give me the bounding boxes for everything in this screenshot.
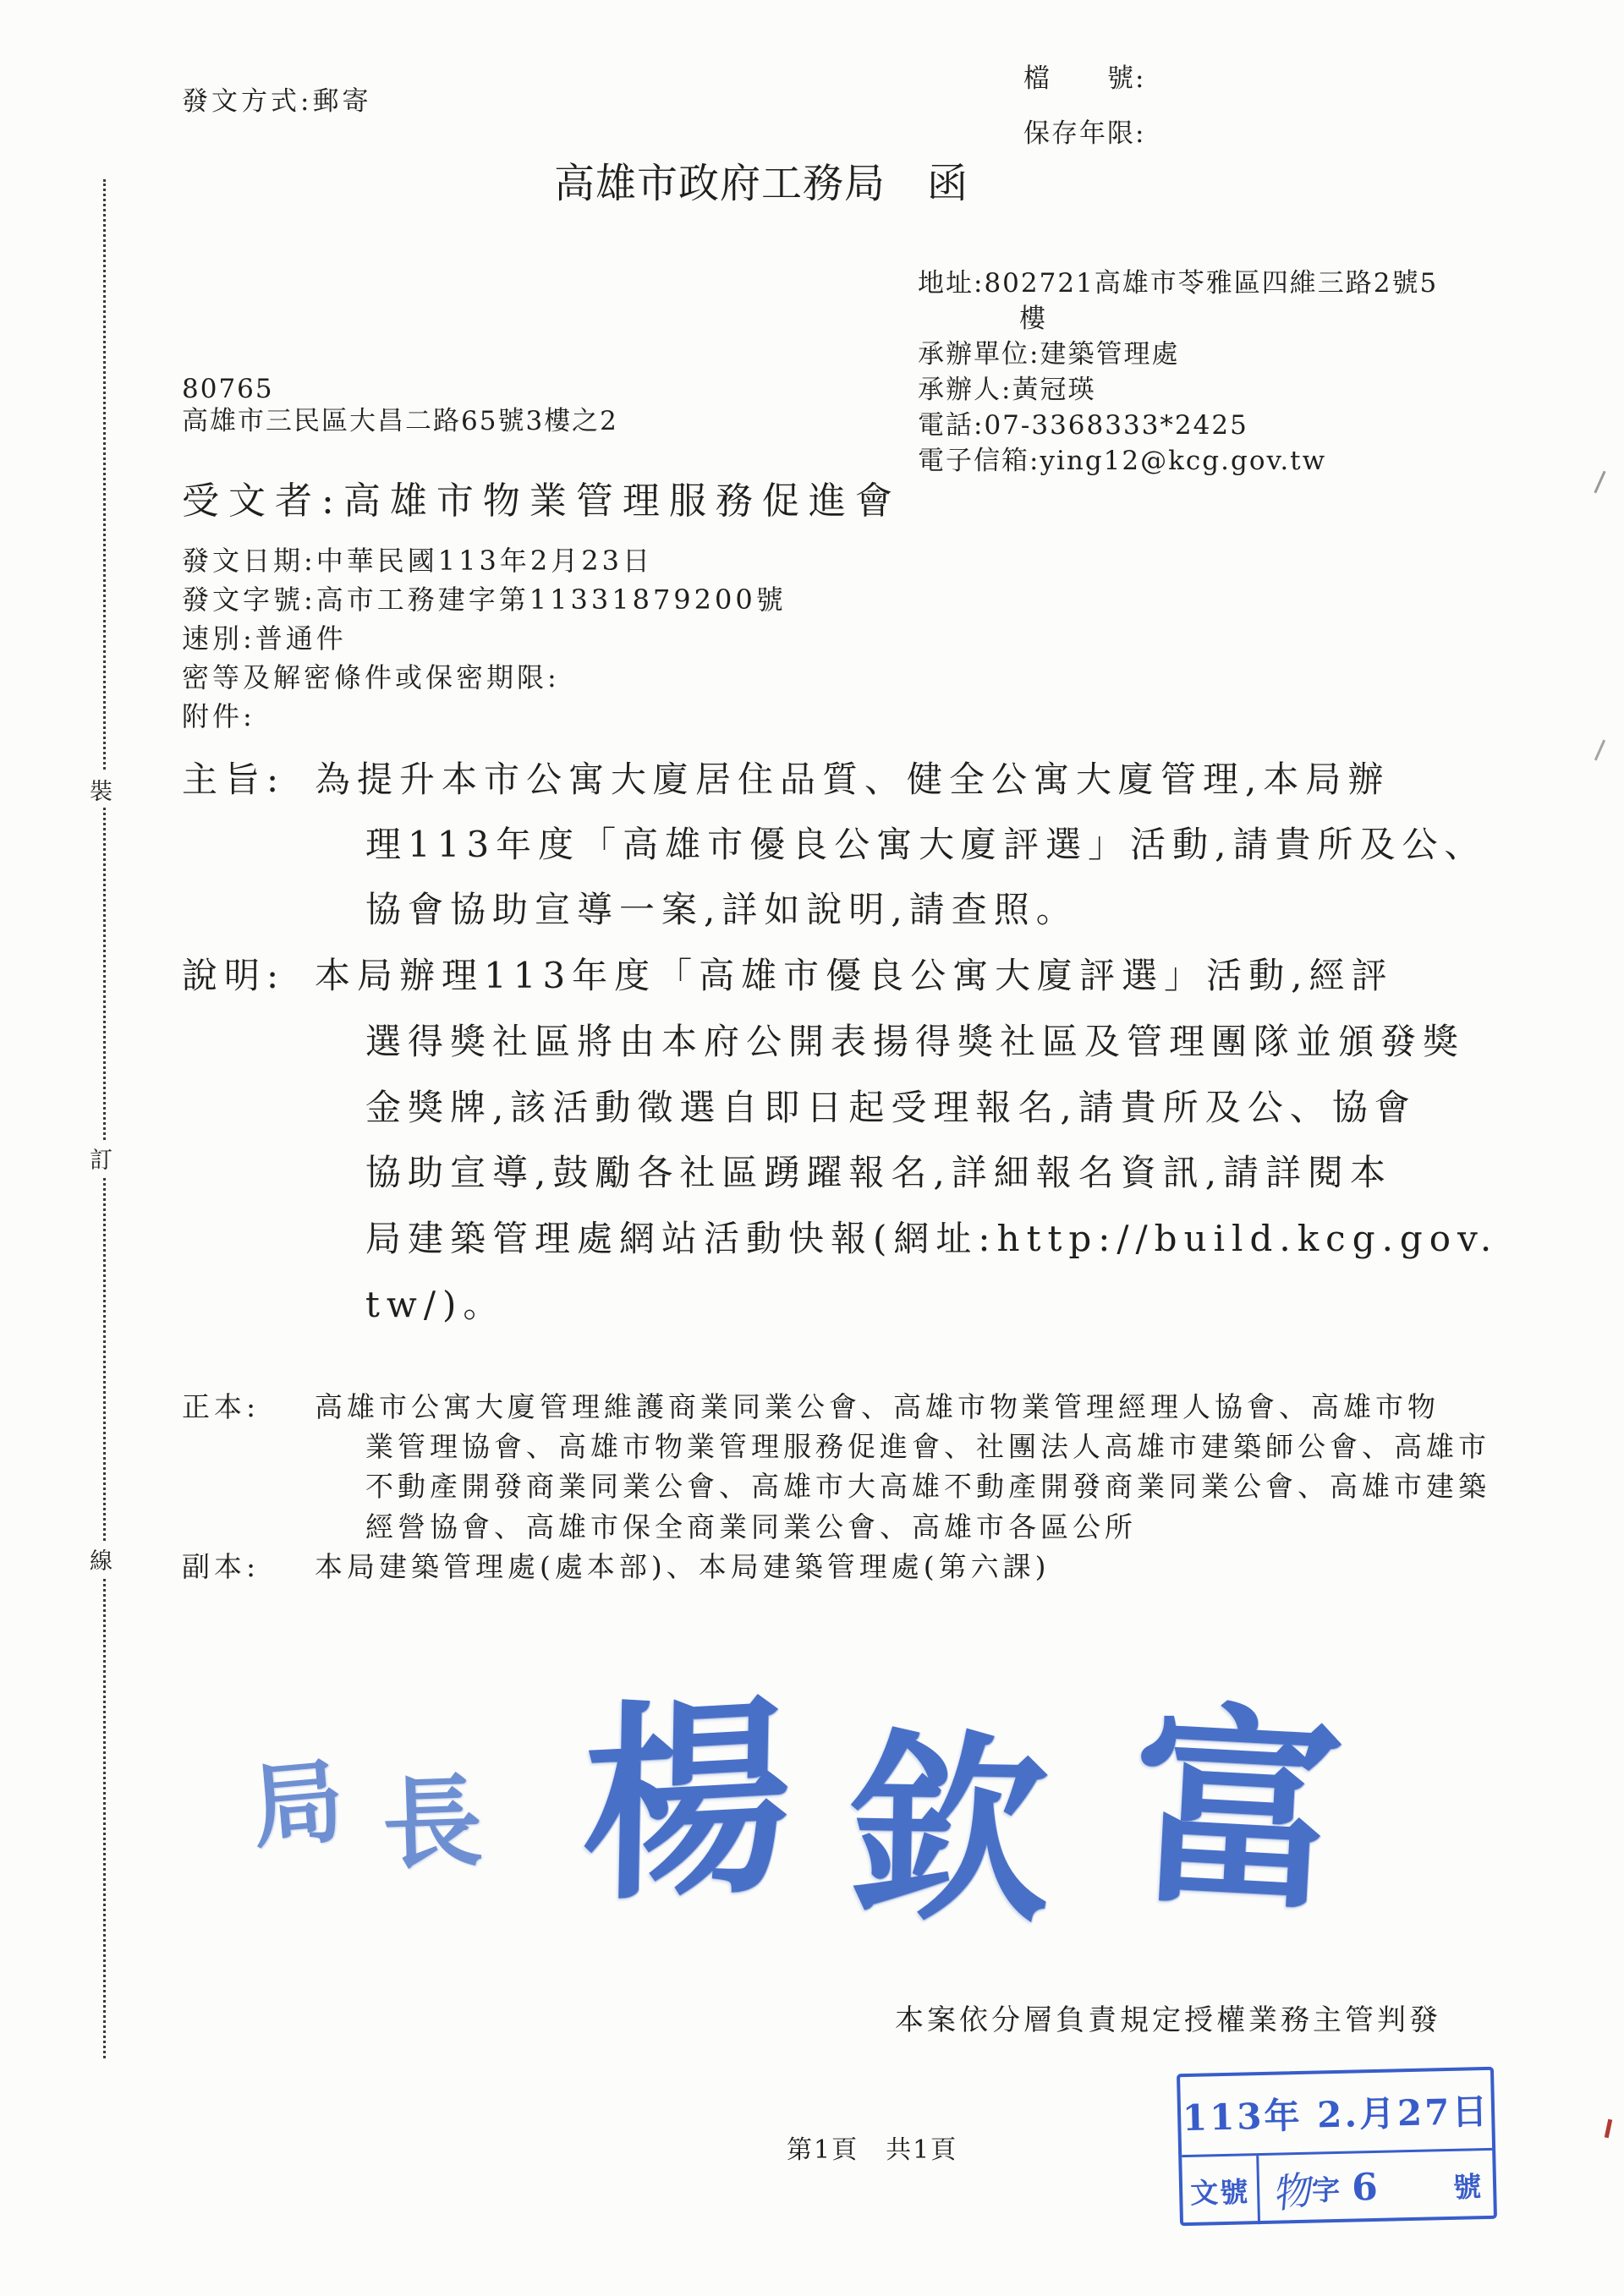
signature-title-char: 局 <box>248 1749 348 1861</box>
description-label: 說明: <box>182 956 285 996</box>
meta-attachment: 附件: <box>182 701 255 732</box>
binding-char-zhuang: 裝 <box>90 771 112 808</box>
stamp-number: 6 <box>1352 2166 1379 2210</box>
meta-speed: 速別:普通件 <box>182 623 347 655</box>
sender-address-line2: 樓 <box>1019 304 1047 335</box>
signature-name-char: 富 <box>1126 1685 1350 1938</box>
delivery-method: 發文方式:郵寄 <box>182 87 371 118</box>
stamp-char-zi: 字 <box>1312 2168 1341 2209</box>
original-copies-line: 高雄市公寓大廈管理維護商業同業公會、高雄市物業管理經理人協會、高雄市物 <box>315 1391 1440 1423</box>
signature-title-char: 長 <box>381 1764 485 1882</box>
date-stamp: 113年 2.月27日 文號 物 字 6 號 <box>1177 2067 1497 2226</box>
stamp-doc-number-value: 物 字 6 號 <box>1259 2151 1494 2224</box>
authorization-note: 本案依分層負責規定授權業務主管判發 <box>895 2004 1441 2037</box>
signature-name-char: 欽 <box>846 1713 1051 1948</box>
cc-copies-label: 副本: <box>182 1551 260 1583</box>
sender-person: 承辦人:黃冠瑛 <box>918 375 1095 406</box>
scanned-official-letter: 裝 訂 線 發文方式:郵寄 檔 號: 保存年限: 高雄市政府工務局 函 地址:8… <box>0 0 1624 2296</box>
recipient-postal-code: 80765 <box>182 375 274 405</box>
original-copies-label: 正本: <box>182 1391 260 1423</box>
meta-date: 發文日期:中華民國113年2月23日 <box>182 545 653 577</box>
sender-address-line1: 地址:802721高雄市苓雅區四維三路2號5 <box>918 269 1438 299</box>
signature-name-char: 楊 <box>580 1675 794 1928</box>
scan-artifact <box>1594 740 1605 761</box>
original-copies-line: 不動產開發商業同業公會、高雄市大高雄不動產開發商業同業公會、高雄市建築 <box>365 1471 1490 1503</box>
binding-char-xian: 線 <box>90 1541 112 1577</box>
scan-artifact <box>1594 471 1605 494</box>
document-title: 高雄市政府工務局 函 <box>554 161 968 207</box>
page-number: 第1頁 共1頁 <box>787 2136 957 2166</box>
meta-security: 密等及解密條件或保密期限: <box>182 662 560 693</box>
description-line: 協助宣導,鼓勵各社區踴躍報名,詳細報名資訊,請詳閱本 <box>365 1153 1392 1193</box>
description-line: 局建築管理處網站活動快報(網址:http://build.kcg.gov. <box>365 1219 1498 1259</box>
recipient-line: 受文者:高雄市物業管理服務促進會 <box>182 480 902 523</box>
description-line: 本局辦理113年度「高雄市優良公寓大廈評選」活動,經評 <box>315 956 1394 996</box>
subject-line: 為提升本市公寓大廈居住品質、健全公寓大廈管理,本局辦 <box>315 759 1390 800</box>
subject-label: 主旨: <box>182 759 285 800</box>
binding-dotted-line <box>103 179 106 2058</box>
retention-label: 保存年限: <box>1023 119 1145 150</box>
stamp-char-hao: 號 <box>1453 2165 1482 2206</box>
binding-char-ding: 訂 <box>90 1140 112 1176</box>
recipient-address: 高雄市三民區大昌二路65號3樓之2 <box>182 407 618 437</box>
original-copies-line: 業管理協會、高雄市物業管理服務促進會、社團法人高雄市建築師公會、高雄市 <box>365 1431 1490 1463</box>
subject-line: 理113年度「高雄市優良公寓大廈評選」活動,請貴所及公、 <box>365 825 1487 865</box>
file-number-label: 檔 號: <box>1023 64 1145 95</box>
sender-phone: 電話:07-3368333*2425 <box>918 411 1248 441</box>
meta-doc-number: 發文字號:高市工務建字第11331879200號 <box>182 584 787 616</box>
scan-artifact-red <box>1605 2119 1612 2139</box>
cc-copies-line: 本局建築管理處(處本部)、本局建築管理處(第六課) <box>315 1551 1051 1583</box>
stamp-date: 113年 2.月27日 <box>1180 2070 1492 2157</box>
sender-email: 電子信箱:ying12@kcg.gov.tw <box>918 447 1326 477</box>
original-copies-line: 經營協會、高雄市保全商業同業公會、高雄市各區公所 <box>365 1511 1137 1543</box>
stamp-doc-number-label: 文號 <box>1182 2156 1260 2226</box>
sender-unit: 承辦單位:建築管理處 <box>918 340 1179 370</box>
description-line: 選得獎社區將由本府公開表揚得獎社區及管理團隊並頒發獎 <box>365 1022 1465 1062</box>
description-line: tw/)。 <box>365 1285 505 1325</box>
subject-line: 協會協助宣導一案,詳如說明,請查照。 <box>365 890 1078 930</box>
description-line: 金獎牌,該活動徵選自即日起受理報名,請貴所及公、協會 <box>365 1088 1417 1128</box>
stamp-handwritten-char: 物 <box>1267 2158 1314 2220</box>
